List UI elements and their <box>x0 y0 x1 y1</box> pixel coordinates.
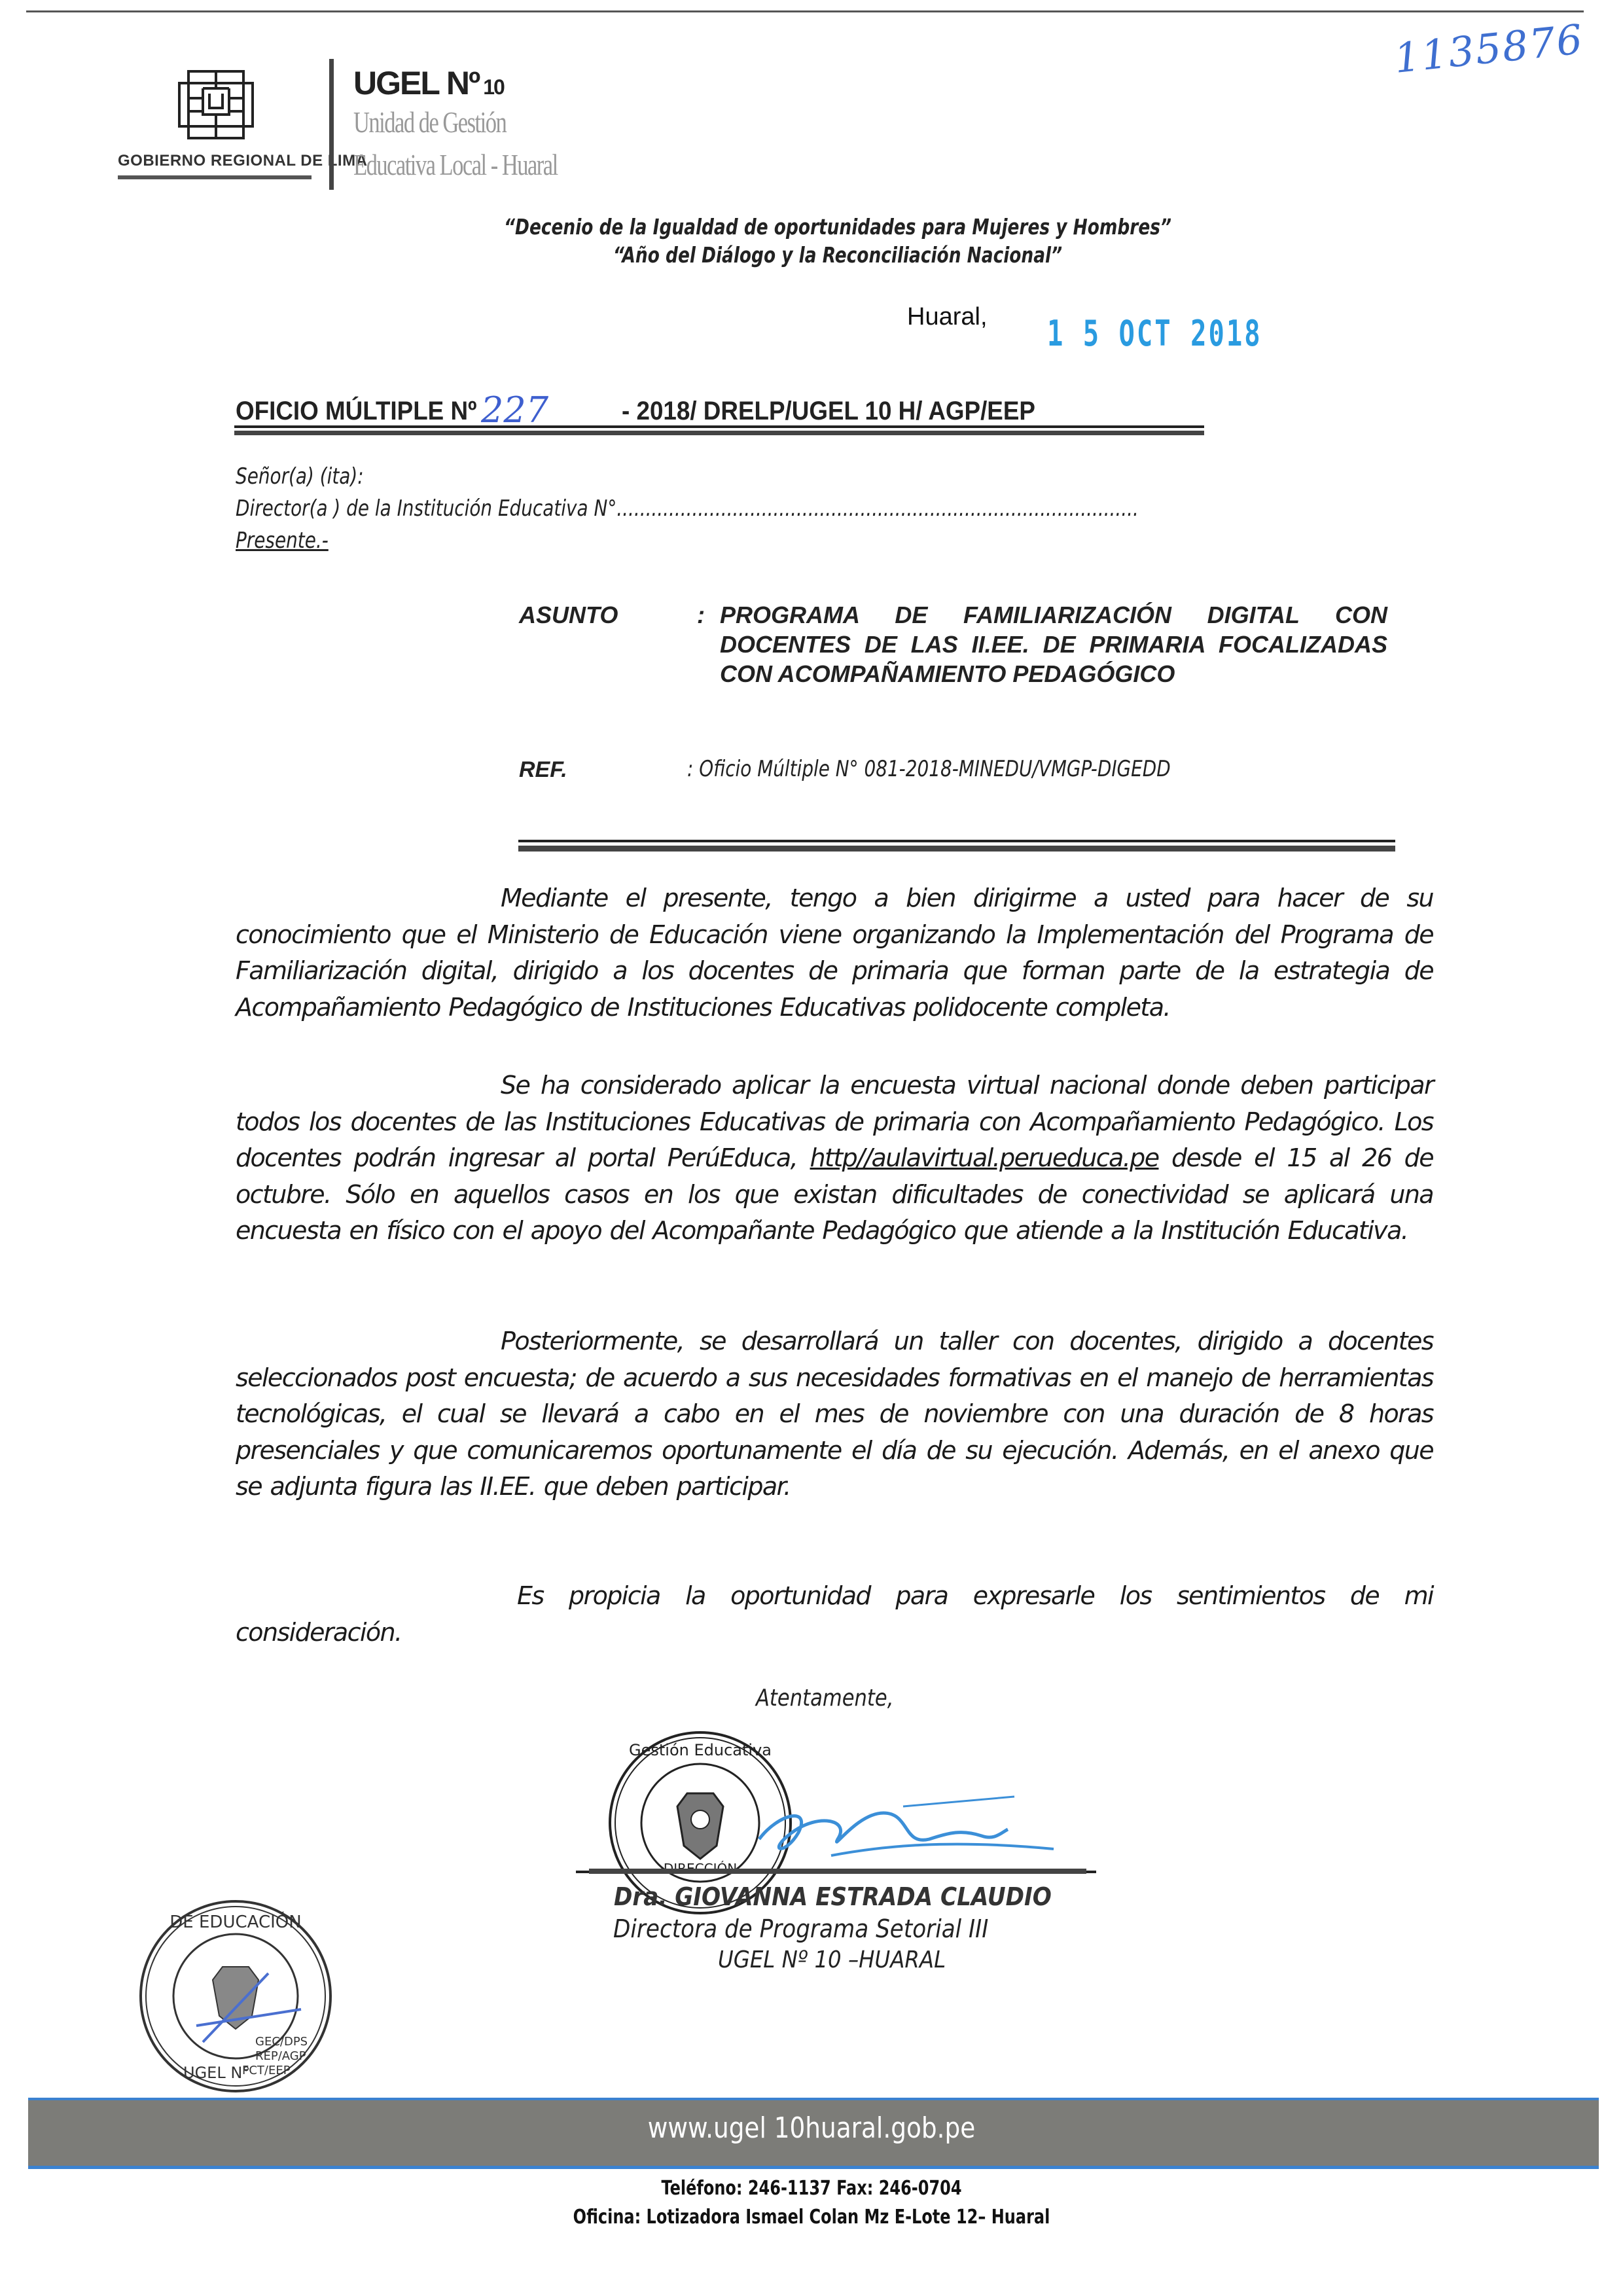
footer-phone: Teléfono: 246-1137 Fax: 246-0704 <box>162 2177 1461 2200</box>
ref-rule-thick <box>518 846 1395 852</box>
svg-text:Gestión Educativa: Gestión Educativa <box>629 1741 772 1759</box>
svg-text:UGEL N°: UGEL N° <box>183 2064 250 2082</box>
oficio-rule-thick <box>234 431 1204 435</box>
motto-decade: “Decenio de la Igualdad de oportunidades… <box>471 214 1204 240</box>
ugel-subtitle-1: Unidad de Gestión <box>353 105 506 139</box>
recipient-presente: Presente.- <box>236 528 329 554</box>
body-paragraph-1-text: Mediante el presente, tengo a bien dirig… <box>236 884 1433 1022</box>
government-underline <box>118 175 312 179</box>
oficio-rule <box>234 425 1204 428</box>
body-paragraph-4-text: Es propicia la oportunidad para expresar… <box>236 1581 1433 1647</box>
ugel-title-text: UGEL Nº <box>353 65 479 101</box>
asunto-text: PROGRAMA DE FAMILIARIZACIÓN DIGITAL CON … <box>720 600 1387 689</box>
body-paragraph-1: Mediante el presente, tengo a bien dirig… <box>236 880 1433 1026</box>
asunto-label: ASUNTO <box>519 601 618 629</box>
motto-year: “Año del Diálogo y la Reconciliación Nac… <box>471 242 1204 268</box>
handwritten-registry-number: 1135876 <box>1392 15 1586 82</box>
footer-website-link[interactable]: www.ugel 10huaral.gob.pe <box>122 2111 1501 2145</box>
footer-address: Oficina: Lotizadora Ismael Colan Mz E-Lo… <box>162 2206 1461 2229</box>
signatory-organization: UGEL Nº 10 –HUARAL <box>718 1946 946 1973</box>
minedu-seal-icon: DE EDUCACIÓN GEC/DPS REP/AGP FCT/EEP UGE… <box>131 1895 340 2098</box>
signature-line-thick <box>589 1869 1086 1874</box>
ref-rule <box>518 840 1395 842</box>
asunto-colon: : <box>697 601 705 629</box>
body-paragraph-4: Es propicia la oportunidad para expresar… <box>236 1578 1433 1651</box>
ref-label: REF. <box>519 757 567 783</box>
ugel-number: 10 <box>483 75 504 99</box>
body-paragraph-2: Se ha considerado aplicar la encuesta vi… <box>236 1067 1433 1249</box>
gobierno-regional-logo-icon <box>177 69 255 141</box>
recipient-salutation: Señor(a) (ita): <box>236 463 364 490</box>
ugel-subtitle-2: Educativa Local - Huaral <box>353 147 558 182</box>
place-label: Huaral, <box>907 303 988 331</box>
signatory-name: Dra. GIOVANNA ESTRADA CLAUDIO <box>614 1882 1052 1911</box>
top-border-rule <box>26 10 1584 12</box>
header-divider <box>329 59 334 190</box>
svg-text:GEC/DPS: GEC/DPS <box>255 2035 308 2049</box>
svg-text:DE EDUCACIÓN: DE EDUCACIÓN <box>169 1911 301 1932</box>
body-paragraph-3: Posteriormente, se desarrollará un talle… <box>236 1323 1433 1505</box>
oficio-code: - 2018/ DRELP/UGEL 10 H/ AGP/EEP <box>622 397 1035 426</box>
body-paragraph-3-text: Posteriormente, se desarrollará un talle… <box>236 1327 1433 1501</box>
perueduca-link[interactable]: http//aulavirtual.perueduca.pe <box>810 1143 1159 1172</box>
date-stamp: 1 5 OCT 2018 <box>1047 313 1262 354</box>
ref-text: : Oficio Múltiple N° 081-2018-MINEDU/VMG… <box>687 756 1171 782</box>
oficio-label: OFICIO MÚLTIPLE Nº <box>236 397 476 426</box>
svg-text:REP/AGP: REP/AGP <box>255 2049 306 2063</box>
oficio-handwritten-number: 227 <box>481 389 548 431</box>
signatory-role: Directora de Programa Setorial III <box>613 1914 988 1943</box>
recipient-line: Director(a ) de la Institución Educativa… <box>236 495 1139 522</box>
closing-text: Atentamente, <box>756 1685 893 1712</box>
handwritten-signature-icon <box>753 1793 1060 1865</box>
ugel-title: UGEL Nº10 <box>353 64 504 102</box>
